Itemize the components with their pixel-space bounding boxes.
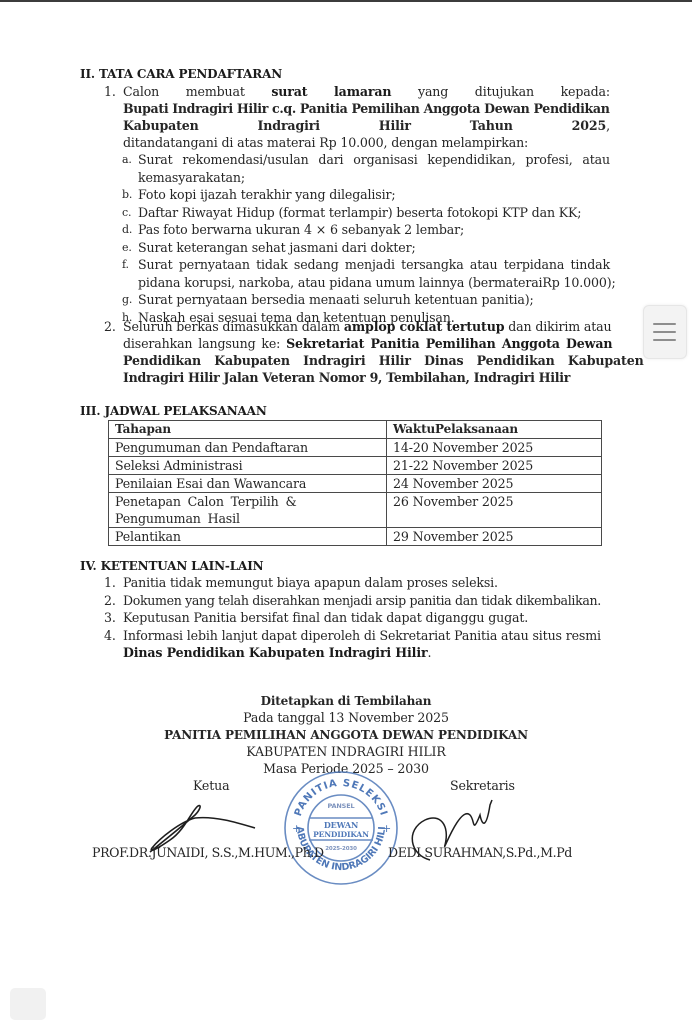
item-number: 2. <box>104 318 116 336</box>
table-cell: Penetapan Calon Terpilih & Pengumuman Ha… <box>109 493 387 528</box>
word: Hilir <box>379 117 411 135</box>
secretary-role: Sekretaris <box>450 777 515 795</box>
corner-button[interactable] <box>10 988 46 1020</box>
table-cell: Pelantikan <box>109 528 387 546</box>
subitem-text: kemasyarakatan; <box>138 169 245 187</box>
word: Calon <box>123 83 159 101</box>
table-row: Pengumuman dan Pendaftaran14-20 November… <box>109 439 602 457</box>
section-2-title: II. TATA CARA PENDAFTARAN <box>80 65 282 83</box>
chair-role: Ketua <box>193 777 229 795</box>
table-header-row: TahapanWaktuPelaksanaan <box>109 421 602 439</box>
subitem-letter: a. <box>122 151 132 169</box>
provision-number: 2. <box>104 592 116 610</box>
table-header: Tahapan <box>109 421 387 439</box>
subitem-letter: d. <box>122 221 132 239</box>
item2-line1: Seluruh berkas dimasukkan dalam amplop c… <box>123 318 611 336</box>
word: 2025 <box>572 118 606 133</box>
section-3-title: III. JADWAL PELAKSANAAN <box>80 402 267 420</box>
word: yang <box>418 83 448 101</box>
schedule-table: TahapanWaktuPelaksanaanPengumuman dan Pe… <box>108 420 602 546</box>
table-cell: 24 November 2025 <box>387 475 602 493</box>
word-bold: lamaran <box>334 83 391 101</box>
document-lines-icon-bar <box>653 339 676 341</box>
provision-number: 3. <box>104 609 116 627</box>
table-cell: Penilaian Esai dan Wawancara <box>109 475 387 493</box>
word: Indragiri <box>258 117 320 135</box>
item1-line3: Kabupaten Indragiri Hilir Tahun 2025, <box>123 117 610 135</box>
chair-name: PROF.DR.JUNAIDI, S.S.,M.HUM.,Ph.D <box>92 844 324 862</box>
text-bold: Dinas Pendidikan Kabupaten Indragiri Hil… <box>123 645 427 660</box>
provision-bold-line: Dinas Pendidikan Kabupaten Indragiri Hil… <box>123 644 431 662</box>
table-row: Pelantikan29 November 2025 <box>109 528 602 546</box>
word: Tahun <box>470 117 513 135</box>
word-bold: surat <box>271 83 307 101</box>
section-4-title: IV. KETENTUAN LAIN-LAIN <box>80 557 263 575</box>
word: kepada: <box>561 83 610 101</box>
text-bold: amplop coklat tertutup <box>344 319 505 334</box>
item1-line4: ditandatangani di atas materai Rp 10.000… <box>123 134 528 152</box>
subitem-letter: f. <box>122 256 129 274</box>
table-header: WaktuPelaksanaan <box>387 421 602 439</box>
subitem-text: pidana korupsi, narkoba, atau pidana umu… <box>138 274 616 292</box>
item1-line1: Calon membuat surat lamaran yang ditujuk… <box>123 83 610 101</box>
item-number: 1. <box>104 83 116 101</box>
subitem-text: Surat pernyataan tidak sedang menjadi te… <box>138 256 610 274</box>
provision-number: 4. <box>104 627 116 645</box>
provision-text: Dokumen yang telah diserahkan menjadi ar… <box>123 592 601 610</box>
punct: , <box>606 118 610 133</box>
item2-line3: Pendidikan Kabupaten Indragiri Hilir Din… <box>123 352 644 370</box>
text: dan dikirim atau <box>504 319 611 334</box>
subitem-text: Daftar Riwayat Hidup (format terlampir) … <box>138 204 581 222</box>
svg-text:DEWAN: DEWAN <box>324 820 358 830</box>
table-cell: 29 November 2025 <box>387 528 602 546</box>
table-row: Seleksi Administrasi21-22 November 2025 <box>109 457 602 475</box>
svg-text:+: + <box>382 822 391 835</box>
official-stamp: PANITIA SELEKSI KABUPATEN INDRAGIRI HILI… <box>283 770 399 886</box>
table-cell: 21-22 November 2025 <box>387 457 602 475</box>
word: ditujukan <box>475 83 534 101</box>
svg-text:2025-2030: 2025-2030 <box>325 846 357 852</box>
closing-place: Ditetapkan di Tembilahan <box>0 692 692 710</box>
provision-text: Keputusan Panitia bersifat final dan tid… <box>123 609 528 627</box>
closing-date: Pada tanggal 13 November 2025 <box>0 709 692 727</box>
subitem-text: Surat pernyataan bersedia menaati seluru… <box>138 291 534 309</box>
table-cell: 26 November 2025 <box>387 493 602 528</box>
document-page: II. TATA CARA PENDAFTARAN 1. Calon membu… <box>0 0 692 1024</box>
table-cell: Pengumuman dan Pendaftaran <box>109 439 387 457</box>
closing-org: PANITIA PEMILIHAN ANGGOTA DEWAN PENDIDIK… <box>0 726 692 744</box>
closing-region: KABUPATEN INDRAGIRI HILIR <box>0 743 692 761</box>
subitem-text: Pas foto berwarna ukuran 4 × 6 sebanyak … <box>138 221 464 239</box>
subitem-letter: c. <box>122 204 131 222</box>
provision-number: 1. <box>104 574 116 592</box>
provision-text: Panitia tidak memungut biaya apapun dala… <box>123 574 498 592</box>
item1-recipient: Bupati Indragiri Hilir c.q. Panitia Pemi… <box>123 100 610 118</box>
text: diserahkan langsung ke: <box>123 336 286 351</box>
document-lines-icon <box>653 323 676 325</box>
item2-line4: Indragiri Hilir Jalan Veteran Nomor 9, T… <box>123 369 570 387</box>
table-cell: Seleksi Administrasi <box>109 457 387 475</box>
table-row: Penetapan Calon Terpilih & Pengumuman Ha… <box>109 493 602 528</box>
subitem-text: Surat rekomendasi/usulan dari organisasi… <box>138 151 610 169</box>
item2-line2: diserahkan langsung ke: Sekretariat Pani… <box>123 335 612 353</box>
table-row: Penilaian Esai dan Wawancara24 November … <box>109 475 602 493</box>
text-bold: Sekretariat Panitia Pemilihan Anggota De… <box>286 336 612 351</box>
text: Seluruh berkas dimasukkan dalam <box>123 319 344 334</box>
punct: . <box>427 645 431 660</box>
document-outline-button[interactable] <box>643 305 687 359</box>
subitem-text: Foto kopi ijazah terakhir yang dilegalis… <box>138 186 395 204</box>
subitem-letter: e. <box>122 239 132 257</box>
word: membuat <box>186 83 245 101</box>
provision-text: Informasi lebih lanjut dapat diperoleh d… <box>123 627 601 645</box>
subitem-letter: g. <box>122 291 132 309</box>
svg-text:PENDIDIKAN: PENDIDIKAN <box>313 830 369 839</box>
table-cell: 14-20 November 2025 <box>387 439 602 457</box>
subitem-text: Surat keterangan sehat jasmani dari dokt… <box>138 239 416 257</box>
word: Kabupaten <box>123 117 199 135</box>
svg-text:+: + <box>292 822 301 835</box>
subitem-letter: b. <box>122 186 132 204</box>
secretary-name: DEDI SURAHMAN,S.Pd.,M.Pd <box>388 844 572 862</box>
document-lines-icon-bar <box>653 331 676 333</box>
svg-text:PANSEL: PANSEL <box>327 802 354 810</box>
